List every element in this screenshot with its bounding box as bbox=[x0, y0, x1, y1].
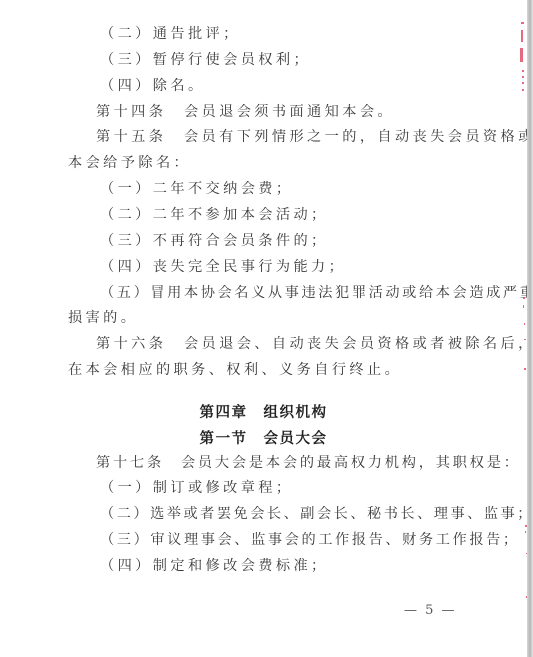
article-17: 第十七条 会员大会是本会的最高权力机构，其职权是： bbox=[96, 454, 521, 472]
page-number: — 5 — bbox=[404, 603, 457, 618]
chapter-heading: 第四章 组织机构 bbox=[0, 404, 527, 422]
list-item-set-fees: （四）制定和修改会费标准； bbox=[100, 557, 329, 575]
list-item-amend-charter: （一）制订或修改章程； bbox=[100, 479, 293, 497]
article-14: 第十四条 会员退会须书面通知本会。 bbox=[96, 103, 395, 121]
list-item-not-eligible: （三）不再符合会员条件的； bbox=[100, 232, 329, 250]
list-item-lost-capacity: （四）丧失完全民事行为能力； bbox=[100, 258, 346, 276]
list-item-misuse-name-line2: 损害的。 bbox=[68, 309, 138, 327]
list-item-expulsion: （四）除名。 bbox=[100, 77, 206, 95]
article-15-line2: 本会给予除名： bbox=[68, 154, 191, 172]
page-edge-shadow bbox=[527, 0, 533, 657]
list-item-no-activities: （二）二年不参加本会活动； bbox=[100, 206, 329, 224]
article-16-line2: 在本会相应的职务、权利、义务自行终止。 bbox=[68, 361, 402, 379]
list-item-misuse-name-line1: （五）冒用本协会名义从事违法犯罪活动或给本会造成严重 bbox=[100, 284, 533, 302]
list-item-notice-criticism: （二）通告批评； bbox=[100, 25, 241, 43]
list-item-suspend-rights: （三）暂停行使会员权利； bbox=[100, 51, 311, 69]
list-item-elect-officers: （二）选举或者罢免会长、副会长、秘书长、理事、监事； bbox=[100, 505, 533, 523]
article-15-line1: 第十五条 会员有下列情形之一的，自动丧失会员资格或由 bbox=[96, 128, 533, 146]
article-16-line1: 第十六条 会员退会、自动丧失会员资格或者被除名后，其 bbox=[96, 335, 533, 353]
list-item-no-dues: （一）二年不交纳会费； bbox=[100, 180, 293, 198]
section-heading: 第一节 会员大会 bbox=[0, 430, 527, 448]
document-page: （二）通告批评； （三）暂停行使会员权利； （四）除名。 第十四条 会员退会须书… bbox=[0, 0, 527, 657]
list-item-review-reports: （三）审议理事会、监事会的工作报告、财务工作报告； bbox=[100, 531, 520, 549]
